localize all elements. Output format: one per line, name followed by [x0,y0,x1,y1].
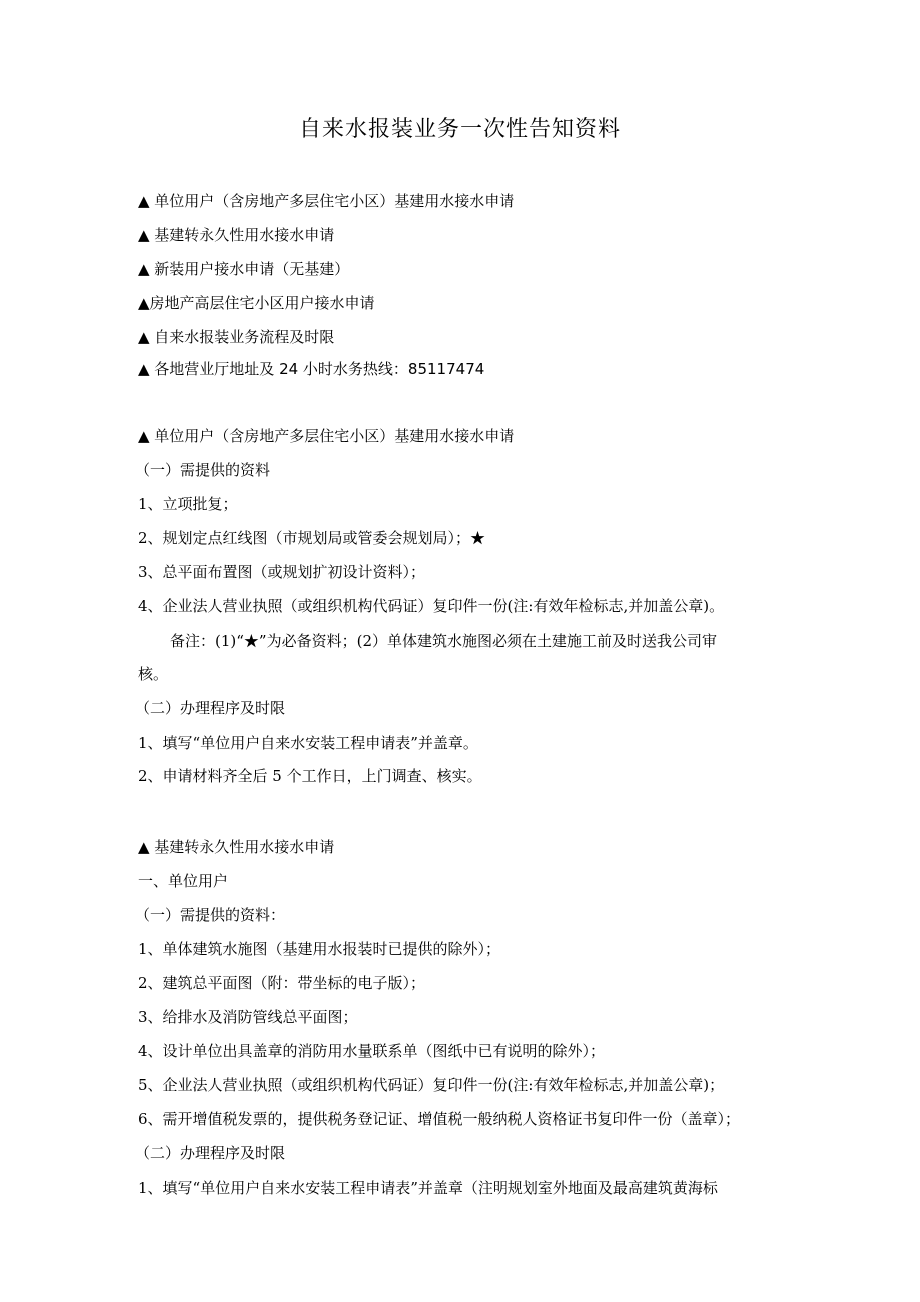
toc-item: ▲ 各地营业厅地址及 24 小时水务热线：85117474 [138,358,484,380]
note-text-continued: 核。 [138,663,168,685]
toc-item: ▲ 新装用户接水申请（无基建） [138,258,349,280]
material-item: 3、给排水及消防管线总平面图； [138,1006,358,1028]
toc-item: ▲ 单位用户（含房地产多层住宅小区）基建用水接水申请 [138,190,514,212]
document-page: 自来水报装业务一次性告知资料 ▲ 单位用户（含房地产多层住宅小区）基建用水接水申… [0,0,920,1302]
toc-item: ▲房地产高层住宅小区用户接水申请 [138,292,375,314]
material-item: 4、企业法人营业执照（或组织机构代码证）复印件一份(注:有效年检标志,并加盖公章… [138,595,724,617]
section1-heading: ▲ 单位用户（含房地产多层住宅小区）基建用水接水申请 [138,425,514,447]
procedure-item: 1、填写“单位用户自来水安装工程申请表”并盖章。 [138,732,478,754]
section2-procedure-heading: （二）办理程序及时限 [135,1142,285,1164]
material-item: 4、设计单位出具盖章的消防用水量联系单（图纸中已有说明的除外）； [138,1040,605,1062]
material-item: 1、立项批复； [138,493,238,515]
toc-item: ▲ 自来水报装业务流程及时限 [138,326,334,348]
material-item: 2、建筑总平面图（附：带坐标的电子版）； [138,972,425,994]
material-item: 5、企业法人营业执照（或组织机构代码证）复印件一份(注:有效年检标志,并加盖公章… [138,1074,724,1096]
procedure-item: 1、填写“单位用户自来水安装工程申请表”并盖章（注明规划室外地面及最高建筑黄海标 [138,1177,718,1199]
material-item: 3、总平面布置图（或规划扩初设计资料）； [138,561,425,583]
document-title: 自来水报装业务一次性告知资料 [0,114,920,146]
toc-item: ▲ 基建转永久性用水接水申请 [138,224,334,246]
procedure-item: 2、申请材料齐全后 5 个工作日，上门调查、核实。 [138,765,482,787]
material-item: 1、单体建筑水施图（基建用水报装时已提供的除外）； [138,938,500,960]
material-item: 2、规划定点红线图（市规划局或管委会规划局）；★ [138,527,485,549]
section1-procedure-heading: （二）办理程序及时限 [135,697,285,719]
section1-materials-heading: （一）需提供的资料 [135,459,270,481]
material-item: 6、需开增值税发票的，提供税务登记证、增值税一般纳税人资格证书复印件一份（盖章）… [138,1108,740,1130]
section2-heading: ▲ 基建转永久性用水接水申请 [138,836,334,858]
section2-materials-heading: （一）需提供的资料： [135,904,285,926]
section2-subheading: 一、单位用户 [138,870,228,892]
note-text: 备注：(1)“★”为必备资料；(2）单体建筑水施图必须在土建施工前及时送我公司审 [170,630,717,652]
